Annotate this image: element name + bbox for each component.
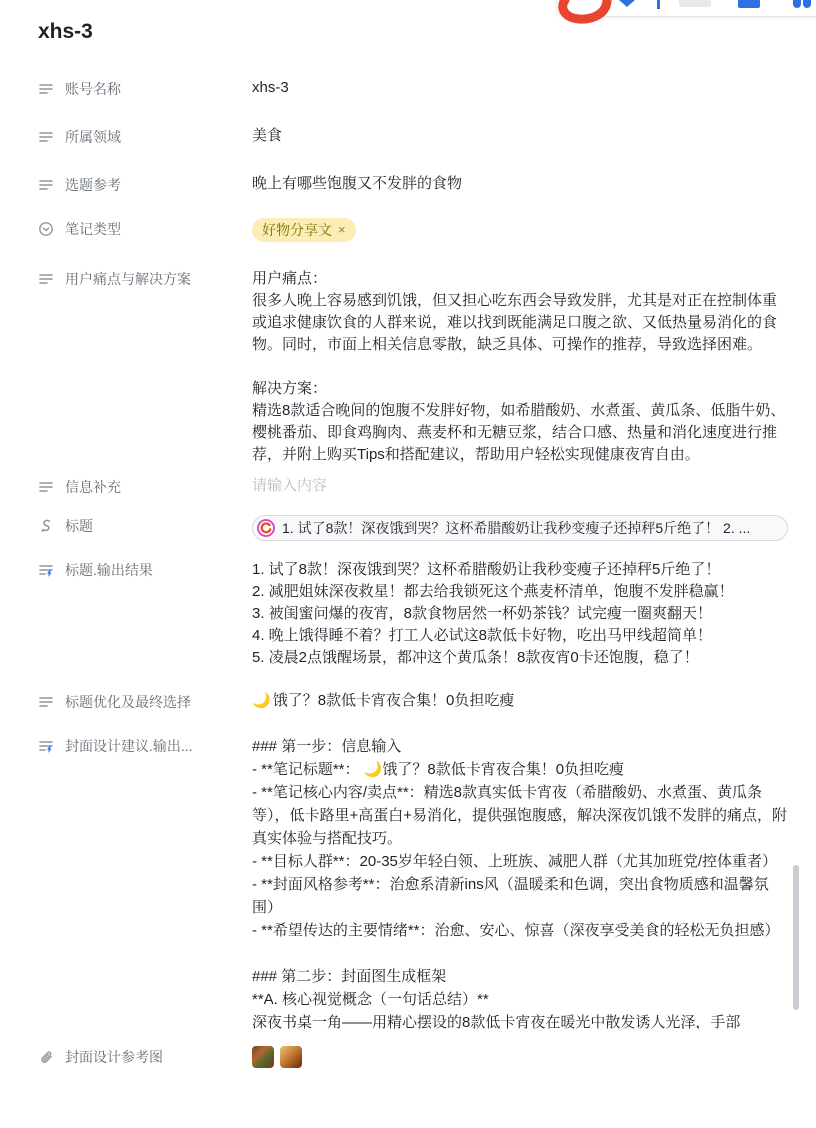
field-label-text: 信息补充	[65, 477, 121, 497]
attachment-list	[252, 1046, 788, 1068]
food-photo-thumbnail-2[interactable]	[280, 1046, 302, 1068]
field-label: 标题.输出结果	[38, 559, 252, 580]
text-field-icon	[38, 694, 54, 710]
title-result-pill[interactable]: 1. 试了8款！深夜饿到哭？这杯希腊酸奶让我秒变瘦子还掉秤5斤绝了！ 2. ..…	[252, 515, 788, 541]
text-field-icon	[38, 479, 54, 495]
field-label-text: 标题优化及最终选择	[65, 692, 191, 712]
field-label: 笔记类型	[38, 218, 252, 239]
field-row-extra-info: 信息补充 请输入内容	[0, 476, 816, 497]
field-label: 封面设计参考图	[38, 1046, 252, 1067]
field-row-note-type: 笔记类型 好物分享文 ×	[0, 218, 816, 242]
record-detail-page: xhs-3 账号名称 xhs-3 所属领域 美食	[0, 0, 816, 1128]
field-label-text: 标题.输出结果	[65, 560, 153, 580]
field-label-text: 所属领域	[65, 127, 121, 147]
toolbar-dot-icon[interactable]	[793, 0, 801, 8]
text-field-icon	[38, 129, 54, 145]
floating-toolbar-fragment	[556, 0, 816, 17]
field-label: 标题优化及最终选择	[38, 691, 252, 712]
field-value[interactable]: ### 第一步：信息输入 - **笔记标题**： 🌙饿了？8款低卡宵夜合集！0负…	[252, 735, 788, 1029]
lookup-icon	[38, 518, 54, 534]
field-label-text: 用户痛点与解决方案	[65, 269, 191, 289]
field-list: 账号名称 xhs-3 所属领域 美食 选题参考 晚上有哪些饱腹又不发胖的食物	[0, 78, 816, 1068]
title-pill-text: 1. 试了8款！深夜饿到哭？这杯希腊酸奶让我秒变瘦子还掉秤5斤绝了！ 2. ..…	[282, 518, 777, 538]
field-row-cover-reference-images: 封面设计参考图	[0, 1046, 816, 1068]
field-row-topic-reference: 选题参考 晚上有哪些饱腹又不发胖的食物	[0, 174, 816, 195]
note-type-tag[interactable]: 好物分享文 ×	[252, 218, 356, 242]
field-label: 标题	[38, 515, 252, 536]
final-title-text: 饿了？8款低卡宵夜合集！0负担吃瘦	[273, 692, 515, 709]
ai-field-icon	[38, 562, 54, 578]
field-value[interactable]: 好物分享文 ×	[252, 218, 788, 242]
field-value[interactable]: 🌙饿了？8款低卡宵夜合集！0负担吃瘦	[252, 691, 788, 711]
field-input-placeholder[interactable]: 请输入内容	[252, 476, 788, 496]
orange-swirl-logo-icon[interactable]	[557, 0, 615, 24]
field-label-text: 封面设计建议.输出...	[65, 736, 193, 756]
tag-close-icon[interactable]: ×	[338, 221, 346, 239]
ai-field-icon	[38, 738, 54, 754]
moon-emoji-icon: 🌙	[252, 692, 271, 709]
attachment-icon	[38, 1049, 54, 1065]
field-label-text: 选题参考	[65, 175, 121, 195]
tag-text: 好物分享文	[262, 221, 332, 239]
toolbar-chevron-icon[interactable]	[619, 0, 635, 7]
field-row-final-title: 标题优化及最终选择 🌙饿了？8款低卡宵夜合集！0负担吃瘦	[0, 691, 816, 712]
field-value[interactable]: 用户痛点： 很多人晚上容易感到饥饿，但又担心吃东西会导致发胖，尤其是对正在控制体…	[252, 268, 788, 466]
toolbar-dot-icon[interactable]	[803, 0, 811, 8]
text-field-icon	[38, 177, 54, 193]
page-title: xhs-3	[38, 20, 816, 44]
field-value	[252, 1046, 788, 1068]
field-row-title: 标题 1. 试了8款！深夜饿到哭？这杯希腊酸奶让我秒变瘦子还掉秤5斤绝了！ 2.…	[0, 515, 816, 541]
field-value[interactable]: 1. 试了8款！深夜饿到哭？这杯希腊酸奶让我秒变瘦子还掉秤5斤绝了！ 2. 减肥…	[252, 559, 788, 669]
field-value[interactable]: xhs-3	[252, 78, 788, 98]
food-photo-thumbnail-1[interactable]	[252, 1046, 274, 1068]
toolbar-gray-button[interactable]	[679, 0, 711, 7]
toolbar-blue-button[interactable]	[738, 0, 760, 8]
field-row-domain: 所属领域 美食	[0, 126, 816, 147]
field-value[interactable]: 美食	[252, 126, 788, 146]
field-row-cover-design-output: 封面设计建议.输出... ### 第一步：信息输入 - **笔记标题**： 🌙饿…	[0, 735, 816, 1029]
text-field-icon	[38, 271, 54, 287]
field-label-text: 封面设计参考图	[65, 1047, 163, 1067]
field-row-title-output: 标题.输出结果 1. 试了8款！深夜饿到哭？这杯希腊酸奶让我秒变瘦子还掉秤5斤绝…	[0, 559, 816, 669]
field-label: 信息补充	[38, 476, 252, 497]
field-label-text: 账号名称	[65, 79, 121, 99]
ai-generator-badge-icon	[257, 519, 275, 537]
field-row-painpoints-solution: 用户痛点与解决方案 用户痛点： 很多人晚上容易感到饥饿，但又担心吃东西会导致发胖…	[0, 268, 816, 466]
text-field-icon	[38, 81, 54, 97]
vertical-scrollbar-thumb[interactable]	[793, 865, 799, 1010]
field-label-text: 笔记类型	[65, 219, 121, 239]
field-label-text: 标题	[65, 516, 93, 536]
field-label: 账号名称	[38, 78, 252, 99]
field-label: 用户痛点与解决方案	[38, 268, 252, 289]
field-value[interactable]: 1. 试了8款！深夜饿到哭？这杯希腊酸奶让我秒变瘦子还掉秤5斤绝了！ 2. ..…	[252, 515, 788, 541]
field-label: 封面设计建议.输出...	[38, 735, 252, 756]
field-label: 所属领域	[38, 126, 252, 147]
field-label: 选题参考	[38, 174, 252, 195]
field-value[interactable]: 晚上有哪些饱腹又不发胖的食物	[252, 174, 788, 194]
single-select-icon	[38, 221, 54, 237]
field-row-account-name: 账号名称 xhs-3	[0, 78, 816, 99]
toolbar-divider-icon	[657, 0, 660, 9]
